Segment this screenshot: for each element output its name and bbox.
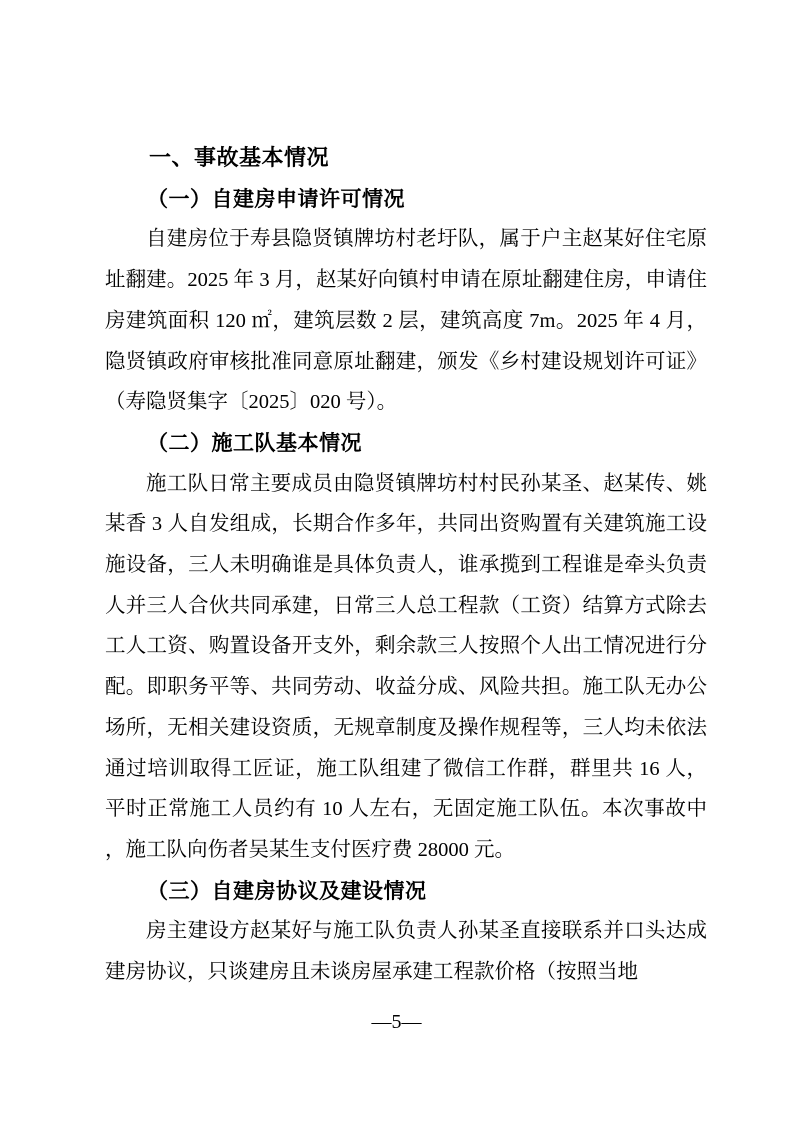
subheading-agreement-construction: （三）自建房协议及建设情况 — [105, 871, 707, 912]
paragraph-permit-details: 自建房位于寿县隐贤镇牌坊村老圩队，属于户主赵某好住宅原址翻建。2025 年 3 … — [105, 219, 707, 423]
paragraph-agreement-details: 房主建设方赵某好与施工队负责人孙某圣直接联系并口头达成建房协议，只谈建房且未谈房… — [105, 911, 707, 992]
heading-accident-basic-info: 一、事故基本情况 — [105, 138, 707, 179]
subheading-construction-team: （二）施工队基本情况 — [105, 423, 707, 464]
page-number: —5— — [0, 1010, 793, 1034]
paragraph-team-details: 施工队日常主要成员由隐贤镇牌坊村村民孙某圣、赵某传、姚某香 3 人自发组成，长期… — [105, 464, 707, 871]
document-page: 一、事故基本情况 （一）自建房申请许可情况 自建房位于寿县隐贤镇牌坊村老圩队，属… — [0, 0, 793, 1122]
subheading-self-build-permit: （一）自建房申请许可情况 — [105, 179, 707, 220]
document-body: 一、事故基本情况 （一）自建房申请许可情况 自建房位于寿县隐贤镇牌坊村老圩队，属… — [105, 138, 707, 993]
